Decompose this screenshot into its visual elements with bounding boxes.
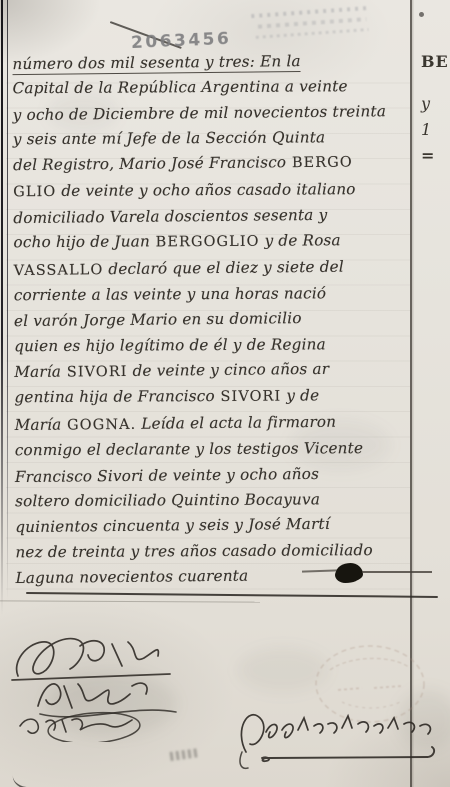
closing-rule-echo — [0, 600, 260, 603]
faded-ink-stamp — [251, 2, 371, 46]
ink-dot — [419, 12, 424, 17]
manuscript-line: Capital de la República Argentina a vein… — [13, 74, 407, 102]
ink-blot — [336, 563, 363, 582]
manuscript-line: GLIO de veinte y ocho años casado italia… — [13, 177, 407, 206]
manuscript-line: ocho hijo de Juan BERGOGLIO y de Rosa — [13, 228, 407, 257]
scanned-register-page: 2063456 número dos mil sesenta y tres: E… — [0, 0, 450, 787]
left-signature-cluster — [8, 624, 203, 746]
official-signature-right — [232, 700, 450, 776]
manuscript-line: María GOGNA. Leída el acta la firmaron — [15, 409, 409, 439]
manuscript-line: Francisco Sivori de veinte y ocho años — [15, 460, 409, 489]
margin-note-fragment: = — [421, 146, 433, 165]
manuscript-line: conmigo el declarante y los testigos Vic… — [15, 436, 409, 464]
manuscript-line: del Registro, Mario José Francisco BERGO — [13, 149, 407, 179]
margin-note-fragment: 1 — [421, 120, 431, 139]
manuscript-line: número dos mil sesenta y tres: En la — [12, 48, 406, 77]
corner-pen-mark — [11, 775, 29, 787]
manuscript-line: corriente a las veinte y una horas nació — [14, 281, 408, 309]
manuscript-line: María SIVORI de veinte y cinco años ar — [14, 356, 408, 386]
manuscript-line: VASSALLO declaró que el diez y siete del — [14, 254, 408, 284]
binding-edge-line — [7, 0, 9, 600]
closing-rule — [26, 592, 438, 598]
manuscript-line: quinientos cincuenta y seis y José Martí — [15, 511, 409, 540]
signature-strokes — [8, 624, 203, 742]
manuscript-line: soltero domiciliado Quintino Bocayuva — [15, 487, 409, 515]
manuscript-lines: número dos mil sesenta y tres: En laCapi… — [12, 49, 409, 591]
margin-note-fragment: y — [421, 94, 430, 113]
manuscript-line: domiciliado Varela doscientos sesenta y — [13, 202, 407, 231]
ink-smudge — [170, 748, 201, 761]
manuscript-line: quien es hijo legítimo de él y de Regina — [14, 332, 408, 360]
manuscript-line: el varón Jorge Mario en su domicilio — [14, 305, 408, 334]
margin-note-fragment: BE — [421, 52, 449, 71]
binding-edge-line — [1, 0, 3, 615]
manuscript-line: nez de treinta y tres años casado domici… — [15, 537, 409, 565]
manuscript-line: gentina hija de Francisco SIVORI y de — [14, 383, 408, 412]
filler-line — [362, 571, 432, 573]
signature-strokes — [232, 700, 450, 772]
manuscript-line: y seis ante mí Jefe de la Sección Quinta — [13, 125, 407, 153]
manuscript-line: y ocho de Diciembre de mil novecientos t… — [13, 99, 407, 128]
